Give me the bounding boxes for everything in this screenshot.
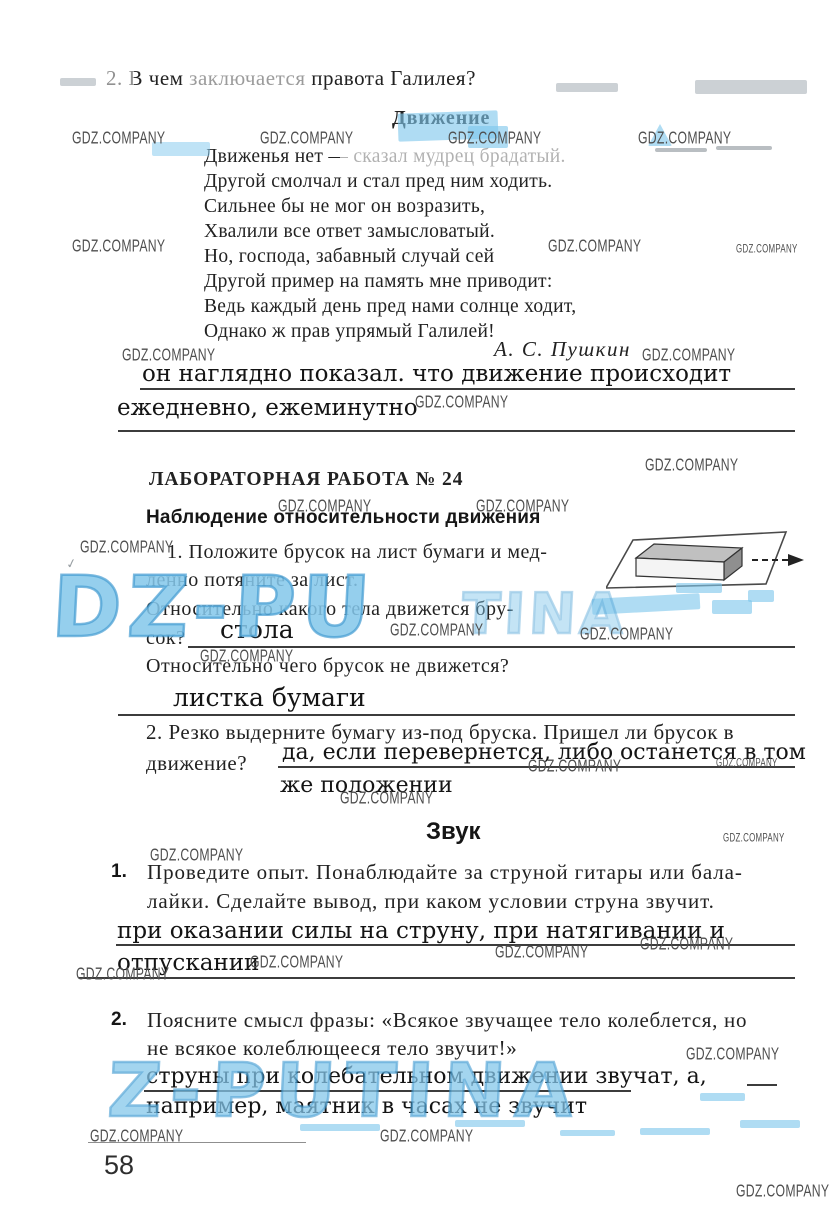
block-front-face	[636, 558, 724, 580]
poem-line: Но, господа, забавный случай сей	[204, 246, 494, 268]
sound-a1-line1: при оказании силы на струну, при натягив…	[117, 918, 725, 944]
gdz-watermark: GDZ.COMPANY	[638, 128, 731, 149]
gdz-watermark: GDZ.COMPANY	[476, 496, 569, 517]
gdz-watermark: GDZ.COMPANY	[76, 964, 169, 985]
scan-smudge	[556, 83, 618, 92]
answer-paper-sheet: листка бумаги	[173, 683, 366, 712]
scan-smudge	[60, 78, 96, 86]
gdz-watermark: GDZ.COMPANY	[72, 128, 165, 149]
gdz-watermark: GDZ.COMPANY	[640, 934, 733, 955]
scan-smudge	[100, 64, 134, 94]
answer-rule	[118, 430, 795, 432]
gdz-watermark: GDZ.COMPANY	[548, 236, 641, 257]
sound-q1-number: 1.	[111, 861, 127, 883]
section-title-sound: Звук	[426, 818, 481, 846]
gdz-watermark: GDZ.COMPANY	[250, 952, 343, 973]
gdz-watermark: GDZ.COMPANY	[448, 128, 541, 149]
gdz-watermark: GDZ.COMPANY	[200, 646, 293, 667]
poem-line: Однако ж прав упрямый Галилей!	[204, 321, 495, 343]
answer-rule	[79, 977, 795, 979]
gdz-watermark: GDZ.COMPANY	[80, 537, 173, 558]
blue-site-watermark: Z-PUTINA	[106, 1048, 585, 1134]
gdz-watermark: GDZ.COMPANY	[72, 236, 165, 257]
gdz-watermark: GDZ.COMPANY	[90, 1126, 183, 1147]
blue-watermark-fragment	[748, 590, 774, 602]
blue-site-watermark: DZ-PU	[49, 558, 378, 656]
poem-author: А. С. Пушкин	[494, 337, 631, 362]
scan-smudge	[695, 80, 807, 94]
gdz-watermark: GDZ.COMPANY	[723, 832, 785, 845]
gdz-watermark: GDZ.COMPANY	[528, 756, 621, 777]
blue-watermark-fragment	[676, 583, 722, 593]
gdz-watermark: GDZ.COMPANY	[736, 243, 798, 256]
answer-rule	[747, 1084, 777, 1086]
gdz-watermark: GDZ.COMPANY	[390, 620, 483, 641]
page-number: 58	[104, 1150, 134, 1181]
workbook-page: 2. В чем заключается правота Галилея? Дв…	[0, 0, 829, 1225]
answer-rule	[140, 388, 795, 390]
blue-watermark-fragment	[700, 1093, 745, 1101]
blue-watermark-fragment	[712, 600, 752, 614]
lab-title: ЛАБОРАТОРНАЯ РАБОТА № 24	[149, 469, 463, 491]
gdz-watermark: GDZ.COMPANY	[736, 1181, 829, 1202]
blue-watermark-fragment	[640, 1128, 710, 1135]
gdz-watermark: GDZ.COMPANY	[415, 392, 508, 413]
gdz-watermark: GDZ.COMPANY	[380, 1126, 473, 1147]
blue-watermark-fragment	[740, 1120, 800, 1128]
gdz-watermark: GDZ.COMPANY	[495, 942, 588, 963]
gdz-watermark: GDZ.COMPANY	[122, 345, 215, 366]
answer-rule	[118, 714, 795, 716]
gdz-watermark: GDZ.COMPANY	[642, 345, 735, 366]
poem-line: Другой пример на память мне приводит:	[204, 271, 553, 293]
poem-line: Ведь каждый день пред нами солнце ходит,	[204, 296, 576, 318]
answer-galileo-line2: ежедневно, ежеминутно	[117, 395, 418, 421]
sound-q2-line1: Поясните смысл фразы: «Всякое звучащее т…	[147, 1008, 747, 1033]
poem-line: Другой смолчал и стал пред ним ходить.	[204, 171, 552, 193]
sound-q2-number: 2.	[111, 1009, 127, 1031]
scan-smudge	[188, 64, 312, 94]
sound-q1-line2: лайки. Сделайте вывод, при каком условии…	[147, 889, 715, 914]
gdz-watermark: GDZ.COMPANY	[580, 624, 673, 645]
poem-line: Хвалили все ответ замысловатый.	[204, 221, 495, 243]
arrowhead-icon	[788, 554, 804, 566]
gdz-watermark: GDZ.COMPANY	[150, 845, 243, 866]
poem-line: Сильнее бы не мог он возразить,	[204, 196, 485, 218]
gdz-watermark: GDZ.COMPANY	[645, 455, 738, 476]
gdz-watermark: GDZ.COMPANY	[260, 128, 353, 149]
lab-step2-line2: движение?	[146, 751, 247, 776]
gdz-watermark: GDZ.COMPANY	[686, 1044, 779, 1065]
gdz-watermark: GDZ.COMPANY	[340, 788, 433, 809]
gdz-watermark: GDZ.COMPANY	[278, 496, 371, 517]
gdz-watermark: GDZ.COMPANY	[716, 757, 778, 770]
